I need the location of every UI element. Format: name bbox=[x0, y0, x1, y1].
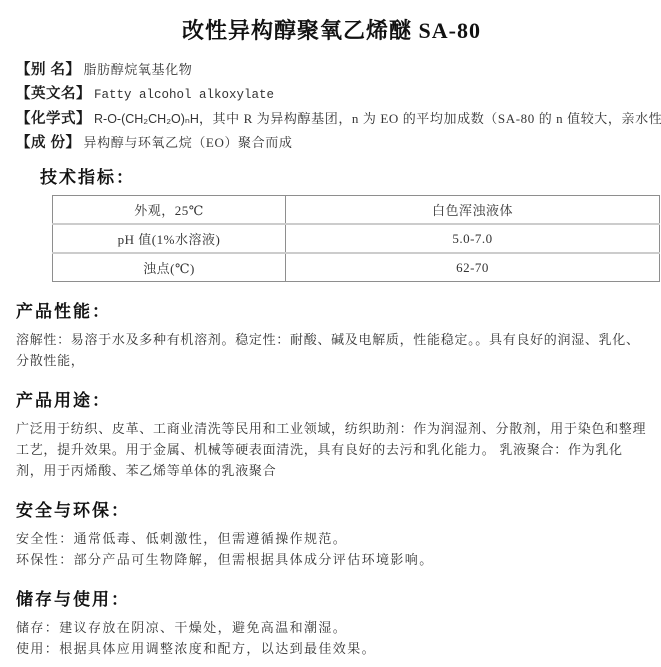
spec-table-row: pH 值(1%水溶液) 5.0-7.0 bbox=[53, 224, 660, 253]
field-row-alias: 【别 名】脂肪醇烷氧基化物 bbox=[16, 62, 647, 78]
tech-spec-heading: 技术指标： bbox=[40, 163, 647, 188]
field-value-english-name: Fatty alcohol alkoxylate bbox=[94, 88, 274, 102]
field-label-chemical-formula: 【化学式】 bbox=[16, 111, 91, 127]
safety-line-safety: 安全性：通常低毒、低刺激性，但需遵循操作规范。 bbox=[16, 528, 647, 549]
spec-name-appearance: 外观，25℃ bbox=[53, 196, 286, 225]
spec-value-cloud-point: 62-70 bbox=[286, 253, 660, 282]
spec-table-row: 外观，25℃ 白色浑浊液体 bbox=[53, 196, 660, 225]
section-heading-storage: 储存与使用： bbox=[16, 585, 647, 610]
section-heading-safety: 安全与环保： bbox=[16, 496, 647, 521]
page-title: 改性异构醇聚氧乙烯醚 SA-80 bbox=[16, 14, 647, 45]
section-body-usage: 广泛用于纺织、皮革、工商业清洗等民用和工业领域，纺织助剂：作为润湿剂、分散剂，用… bbox=[16, 418, 647, 481]
spec-table-row: 浊点(℃) 62-70 bbox=[53, 253, 660, 282]
field-label-alias: 【别 名】 bbox=[16, 62, 81, 78]
datasheet-document: 改性异构醇聚氧乙烯醚 SA-80 【别 名】脂肪醇烷氧基化物 【英文名】Fatt… bbox=[0, 0, 661, 667]
spec-value-appearance: 白色浑浊液体 bbox=[286, 196, 660, 225]
chemical-formula: R-O-(CH₂CH₂O)ₙH bbox=[94, 112, 199, 126]
field-row-composition: 【成 份】异构醇与环氧乙烷（EO）聚合而成 bbox=[16, 135, 647, 151]
safety-line-environment: 环保性：部分产品可生物降解，但需根据具体成分评估环境影响。 bbox=[16, 549, 647, 570]
field-row-chemical-formula: 【化学式】R-O-(CH₂CH₂O)ₙH，其中 R 为异构醇基团，n 为 EO … bbox=[16, 111, 647, 127]
field-value-alias: 脂肪醇烷氧基化物 bbox=[84, 62, 193, 77]
field-row-english-name: 【英文名】Fatty alcohol alkoxylate bbox=[16, 86, 647, 103]
spec-value-ph: 5.0-7.0 bbox=[286, 224, 660, 253]
field-value-composition: 异构醇与环氧乙烷（EO）聚合而成 bbox=[84, 135, 293, 150]
field-label-english-name: 【英文名】 bbox=[16, 86, 91, 102]
section-body-performance: 溶解性：易溶于水及多种有机溶剂。稳定性：耐酸、碱及电解质，性能稳定。。具有良好的… bbox=[16, 329, 647, 371]
spec-name-ph: pH 值(1%水溶液) bbox=[53, 224, 286, 253]
field-value-chemical-formula: ，其中 R 为异构醇基团，n 为 EO 的平均加成数（SA-80 的 n 值较大… bbox=[199, 111, 661, 126]
section-heading-usage: 产品用途： bbox=[16, 386, 647, 411]
spec-name-cloud-point: 浊点(℃) bbox=[53, 253, 286, 282]
section-heading-performance: 产品性能： bbox=[16, 297, 647, 322]
spec-table: 外观，25℃ 白色浑浊液体 pH 值(1%水溶液) 5.0-7.0 浊点(℃) … bbox=[52, 195, 660, 282]
storage-line-usage: 使用：根据具体应用调整浓度和配方，以达到最佳效果。 bbox=[16, 638, 647, 659]
field-label-composition: 【成 份】 bbox=[16, 135, 81, 151]
storage-line-storage: 储存：建议存放在阴凉、干燥处，避免高温和潮湿。 bbox=[16, 617, 647, 638]
